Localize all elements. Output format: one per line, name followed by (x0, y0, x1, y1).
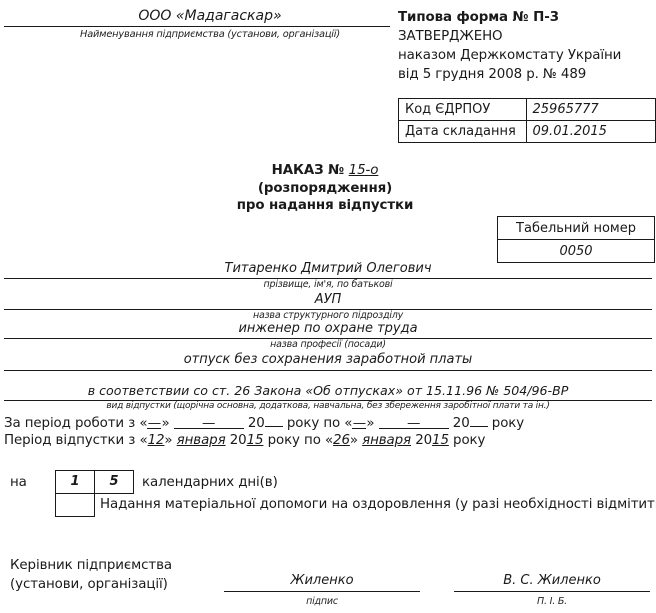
employee-name-caption: прізвище, ім'я, по батькові (0, 279, 656, 290)
signature-name-caption: П. І. Б. (454, 596, 650, 607)
leave-to-year-prefix: 20 (415, 433, 432, 448)
leave-type-line1-rule (4, 370, 652, 371)
table-row: Дата складання 09.01.2015 (399, 121, 656, 143)
form-title: Типова форма № П-3 (398, 8, 621, 27)
work-from-day: — (147, 416, 161, 429)
work-to-month: — (379, 416, 449, 429)
duration-prefix: на (10, 475, 27, 490)
order-title: НАКАЗ № 15-о (200, 162, 450, 180)
codes-table: Код ЄДРПОУ 25965777 Дата складання 09.01… (398, 98, 656, 143)
approval-order: наказом Держкомстату України (398, 46, 621, 65)
department: АУП (0, 292, 656, 307)
signature-sign-caption: підпис (224, 596, 420, 607)
signature-sign: Жиленко (224, 573, 420, 588)
approval-date: від 5 грудня 2008 р. № 489 (398, 65, 621, 84)
work-to-day: — (352, 416, 366, 429)
signature-role: Керівник підприємства (установи, організ… (10, 556, 172, 594)
signature-name: В. С. Жиленко (454, 573, 650, 588)
work-period-label: За період роботи з (4, 416, 135, 431)
leave-to-label: року по (268, 433, 321, 448)
work-to-year-prefix: 20 (453, 416, 470, 431)
signature-role-line2: (установи, організації) (10, 575, 172, 594)
order-heading: НАКАЗ № 15-о (розпорядження) про надання… (200, 162, 450, 215)
organization-line (4, 26, 390, 27)
leave-year-word: року (453, 433, 485, 448)
department-caption: назва структурного підрозділу (0, 310, 656, 321)
leave-type-caption: вид відпустки (щорічна основна, додатков… (0, 401, 656, 411)
signature-sign-line (224, 591, 420, 592)
date-value: 09.01.2015 (526, 121, 655, 143)
work-period-row: За період роботи з «—» — 20 року по «—» … (4, 414, 524, 431)
signature-role-line1: Керівник підприємства (10, 556, 172, 575)
leave-to-month: января (362, 433, 411, 448)
duration-digit-1: 1 (55, 470, 95, 494)
organization-caption: Найменування підприємства (установи, орг… (40, 29, 380, 40)
date-label: Дата складання (399, 121, 527, 143)
leave-to-year-suffix: 15 (432, 433, 449, 448)
tabel-header: Табельний номер (498, 217, 655, 240)
position-caption: назва професії (посади) (0, 339, 656, 350)
work-to-year-suffix (470, 414, 488, 427)
work-from-month: — (174, 416, 244, 429)
table-row: Код ЄДРПОУ 25965777 (399, 99, 656, 121)
leave-type-line2: в соответствии со ст. 26 Закона «Об отпу… (0, 383, 656, 398)
work-year-word: року (492, 416, 524, 431)
leave-from-month: января (177, 433, 226, 448)
order-number: 15-о (349, 163, 379, 178)
leave-to-day: 26 (333, 433, 350, 448)
leave-from-year-suffix: 15 (247, 433, 264, 448)
organization-name: ООО «Мадагаскар» (40, 8, 380, 24)
leave-from-day: 12 (148, 433, 165, 448)
tabel-table: Табельний номер 0050 (497, 216, 655, 263)
order-subtitle: (розпорядження) (200, 180, 450, 198)
leave-type-line1: отпуск без сохранения заработной платы (0, 352, 656, 367)
employee-name: Титаренко Дмитрий Олегович (0, 261, 656, 276)
leave-from-year-prefix: 20 (230, 433, 247, 448)
leave-period-row: Період відпустки з «12» января 2015 року… (4, 433, 485, 448)
order-purpose: про надання відпустки (200, 197, 450, 215)
approval-block: Типова форма № П-3 ЗАТВЕРДЖЕНО наказом Д… (398, 8, 621, 84)
aid-label-row: Надання матеріальної допомоги на оздоров… (100, 497, 656, 512)
aid-label: Надання матеріальної допомоги на оздоров… (100, 497, 656, 512)
duration-unit: календарних дні(в) (142, 475, 278, 490)
work-from-year-prefix: 20 (248, 416, 265, 431)
leave-period-label: Період відпустки з (4, 433, 135, 448)
position: инженер по охране труда (0, 321, 656, 336)
order-prefix: НАКАЗ № (272, 163, 344, 178)
approved-label: ЗАТВЕРДЖЕНО (398, 27, 621, 46)
work-to-label: року по (287, 416, 340, 431)
duration-digit-2: 5 (94, 470, 134, 494)
work-from-year-suffix (265, 414, 283, 427)
edrpou-label: Код ЄДРПОУ (399, 99, 527, 121)
aid-checkbox[interactable] (55, 493, 95, 517)
edrpou-value: 25965777 (526, 99, 655, 121)
signature-name-line (454, 591, 650, 592)
tabel-value: 0050 (498, 240, 655, 263)
